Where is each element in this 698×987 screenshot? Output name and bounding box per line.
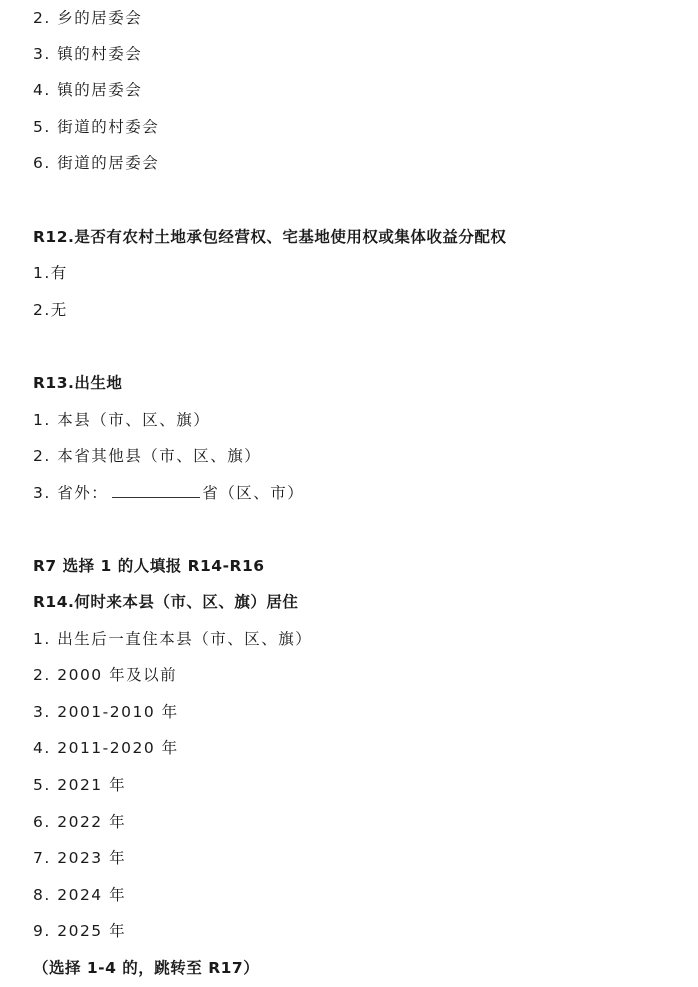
option-r11-4: 4. 镇的居委会 bbox=[33, 80, 142, 100]
option-r12-1: 1.有 bbox=[33, 263, 68, 283]
option-r14-3: 3. 2001-2010 年 bbox=[33, 702, 179, 722]
option-r14-9: 9. 2025 年 bbox=[33, 921, 126, 941]
option-r12-2: 2.无 bbox=[33, 300, 68, 320]
option-r13-3: 3. 省外：省（区、市） bbox=[33, 483, 304, 503]
province-blank-field[interactable] bbox=[112, 483, 200, 498]
option-r11-5: 5. 街道的村委会 bbox=[33, 117, 159, 137]
option-r14-8: 8. 2024 年 bbox=[33, 885, 126, 905]
option-r11-6: 6. 街道的居委会 bbox=[33, 153, 159, 173]
question-r13: R13.出生地 bbox=[33, 373, 122, 393]
option-r11-2: 2. 乡的居委会 bbox=[33, 8, 142, 28]
option-r14-5: 5. 2021 年 bbox=[33, 775, 126, 795]
option-r14-6: 6. 2022 年 bbox=[33, 812, 126, 832]
option-r11-3: 3. 镇的村委会 bbox=[33, 44, 142, 64]
option-r14-4: 4. 2011-2020 年 bbox=[33, 738, 179, 758]
option-r13-2: 2. 本省其他县（市、区、旗） bbox=[33, 446, 261, 466]
option-r14-1: 1. 出生后一直住本县（市、区、旗） bbox=[33, 629, 312, 649]
option-r14-2: 2. 2000 年及以前 bbox=[33, 665, 177, 685]
instruction-r7: R7 选择 1 的人填报 R14-R16 bbox=[33, 556, 265, 576]
option-r14-7: 7. 2023 年 bbox=[33, 848, 126, 868]
question-r12: R12.是否有农村土地承包经营权、宅基地使用权或集体收益分配权 bbox=[33, 227, 506, 247]
question-r14: R14.何时来本县（市、区、旗）居住 bbox=[33, 592, 298, 612]
skip-note: （选择 1-4 的，跳转至 R17） bbox=[33, 958, 259, 978]
option-r13-1: 1. 本县（市、区、旗） bbox=[33, 410, 210, 430]
option-r13-3-suffix: 省（区、市） bbox=[202, 484, 304, 502]
option-r13-3-prefix: 3. 省外： bbox=[33, 484, 108, 502]
